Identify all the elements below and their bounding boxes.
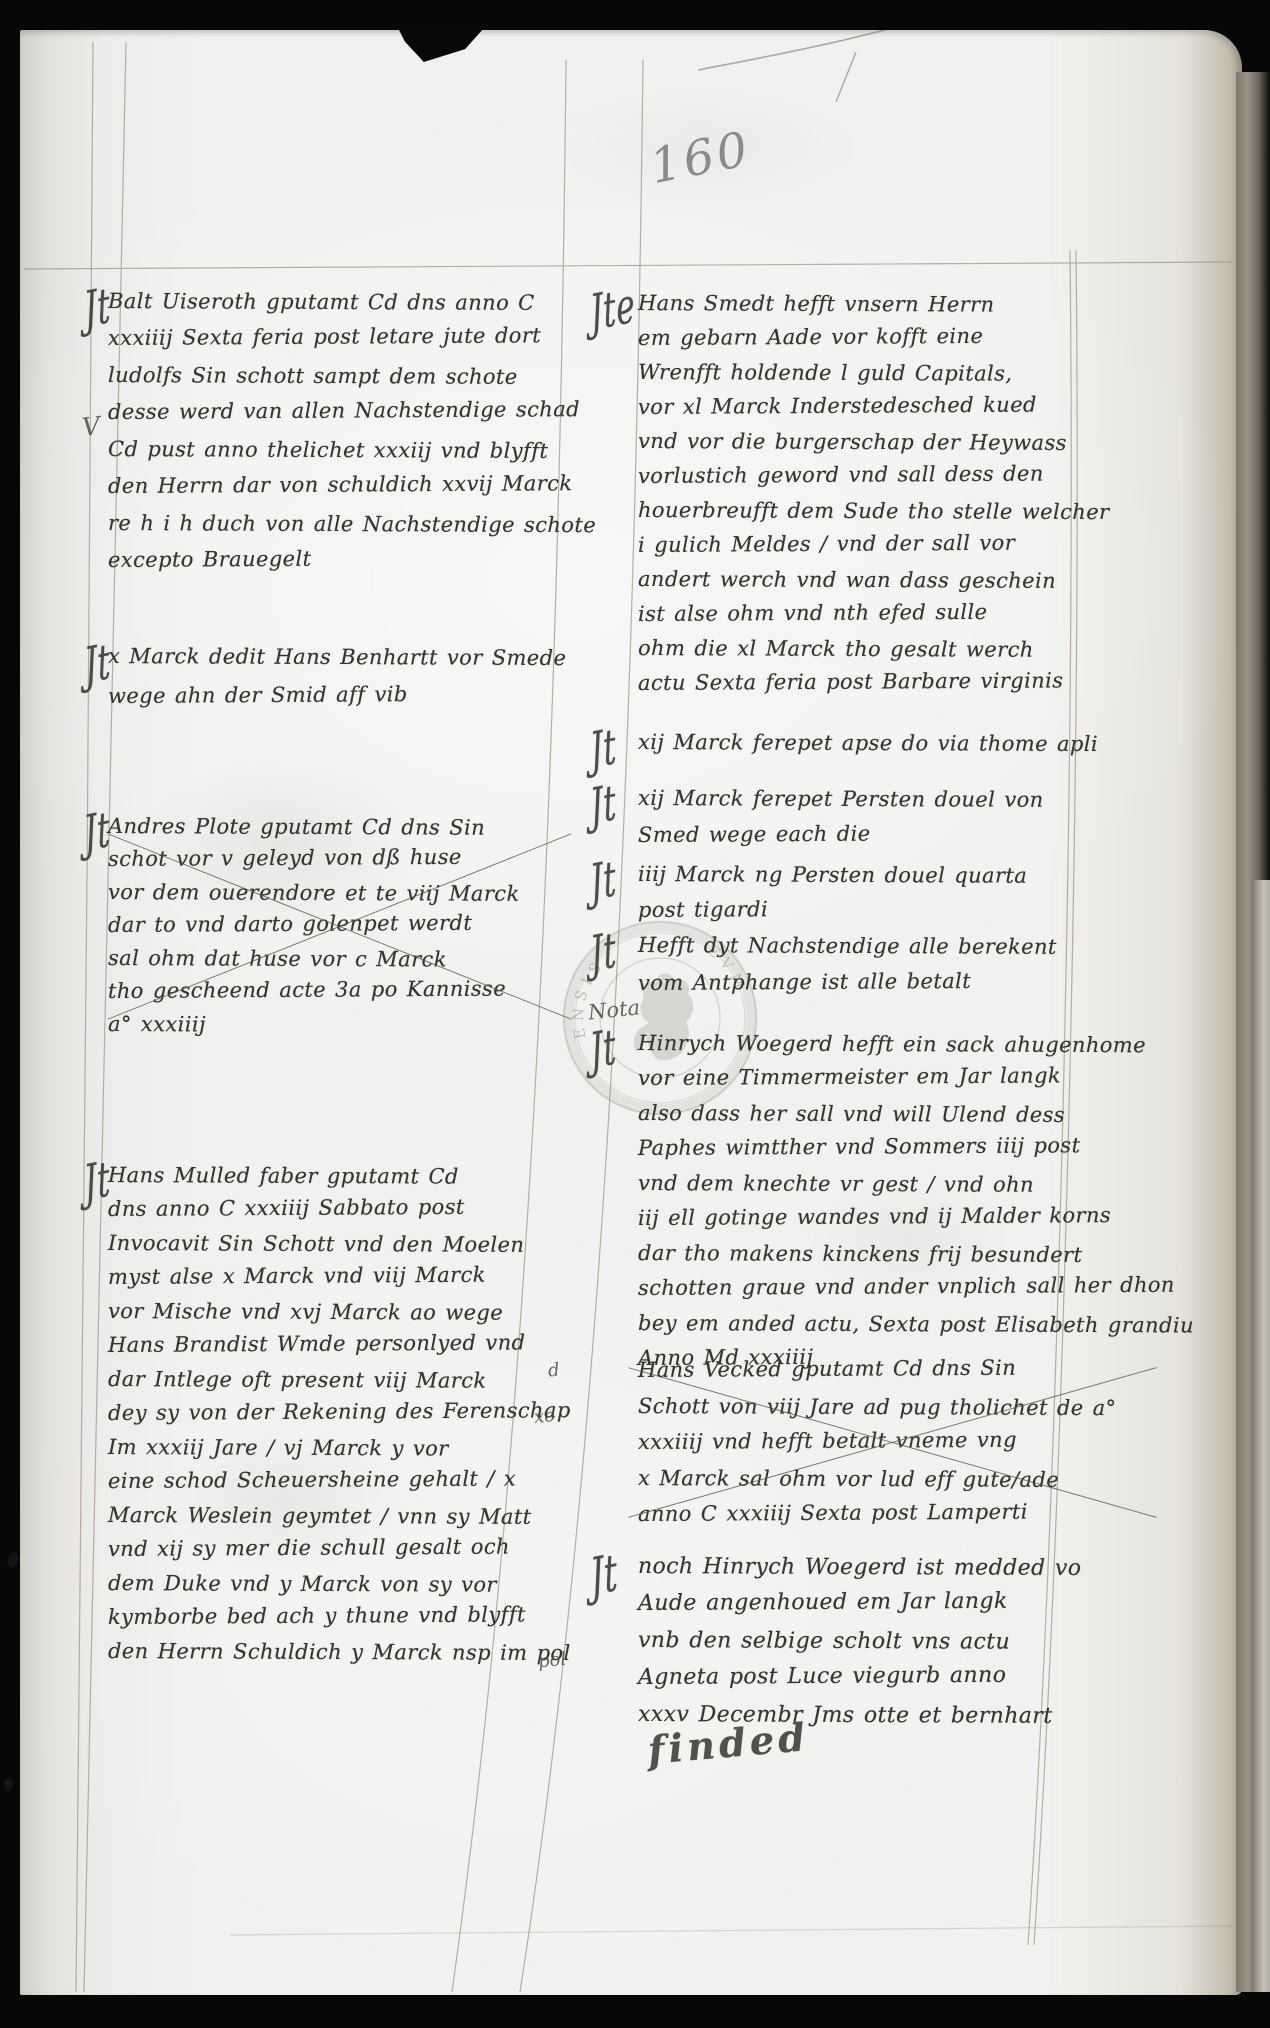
ledger-entry: Jtxij Marck ferepet Persten douel vonSme… [638,780,1146,854]
ink-spot [6,1551,21,1569]
manuscript-line: em gebarn Aade vor kofft eine [638,317,1146,355]
manuscript-line: noch Hinrych Woegerd ist medded vo [638,1548,1146,1587]
manuscript-line: vor xl Marck Inderstedesched kued [638,386,1146,424]
marginal-note: pol [537,1649,567,1673]
manuscript-line: xij Marck ferepet Persten douel von [638,780,1146,819]
under-page-edge [1254,880,1270,1992]
manuscript-line: Hans Smedt hefft vnsern Herrn [638,286,1146,323]
photo-background: 160 ENSIS EVM JtBalt Uiseroth gputamt Cd… [0,0,1270,2028]
manuscript-line: Hefft dyt Nachstendige alle berekent [638,926,1146,966]
item-marker: Jt [588,852,618,912]
item-marker: Jt [588,1543,620,1605]
item-marker: Jt [588,1022,618,1081]
manuscript-line: houerbreufft dem Sude tho stelle welcher [638,493,1146,530]
manuscript-line: Hans Vecked gputamt Cd dns Sin [638,1349,1146,1388]
ledger-entry: JtHefft dyt Nachstendige alle berekentvo… [638,926,1146,1002]
manuscript-line: Smed wege each die [638,814,1146,854]
ledger-entry: JteHans Smedt hefft vnsern Herrnem gebar… [638,286,1146,700]
manuscript-line: iij ell gotinge wandes vnd ij Malder kor… [638,1198,1146,1236]
item-marker: Jt [588,776,618,838]
marginal-note: xo [533,1405,556,1428]
ink-spot [4,1778,13,1791]
manuscript-line: Agneta post Luce viegurb anno [638,1656,1146,1696]
manuscript-line: andert werch vnd wan dass geschein [638,562,1146,599]
item-marker: Jt [588,922,619,985]
manuscript-line: ist alse ohm vnd nth efed sulle [638,593,1146,631]
manuscript-line: anno C xxxiiij Sexta post Lamperti [638,1493,1146,1532]
item-marker: Jte [588,280,637,342]
manuscript-line: schotten graue vnd ander vnplich sall he… [638,1268,1146,1306]
marginal-note: d [547,1359,561,1381]
manuscript-line: xij Marck ferepet apse do via thome apli [638,724,1146,762]
manuscript-line: vnd vor die burgerschap der Heywass [638,424,1146,461]
manuscript-line: Aude angenhoued em Jar langk [638,1582,1146,1622]
manuscript-line: Paphes wimtther vnd Sommers iiij post [638,1128,1146,1166]
manuscript-line: Wrenfft holdende l guld Capitals, [638,355,1146,392]
manuscript-line: i gulich Meldes / vnd der sall vor [638,524,1146,562]
manuscript-line: vor eine Timmermeister em Jar langk [638,1058,1146,1096]
marginal-note: V [81,411,102,442]
ledger-entry: Jtxij Marck ferepet apse do via thome ap… [638,724,1146,760]
item-marker: Jt [588,720,618,780]
manuscript-line: ohm die xl Marck tho gesalt werch [638,631,1146,668]
manuscript-page: 160 ENSIS EVM JtBalt Uiseroth gputamt Cd… [20,30,1242,1995]
ledger-entry: Jtnoch Hinrych Woegerd ist medded voAude… [638,1548,1146,1770]
ledger-entry: Jtiiij Marck ng Persten douel quartapost… [638,856,1146,928]
manuscript-line: vom Antphange ist alle betalt [638,961,1146,1002]
manuscript-line: xxxiiij vnd hefft betalt vneme vng [638,1421,1146,1460]
ledger-entry: Hans Vecked gputamt Cd dns SinSchott von… [638,1352,1146,1532]
manuscript-line: actu Sexta feria post Barbare virginis [638,662,1146,700]
manuscript-line: vnb den selbige scholt vns actu [638,1622,1146,1661]
manuscript-line: vorlustich geword vnd sall dess den [638,455,1146,493]
ledger-entry: JtHinrych Woegerd hefft ein sack ahugenh… [638,1026,1146,1376]
manuscript-line: post tigardi [638,889,1146,928]
